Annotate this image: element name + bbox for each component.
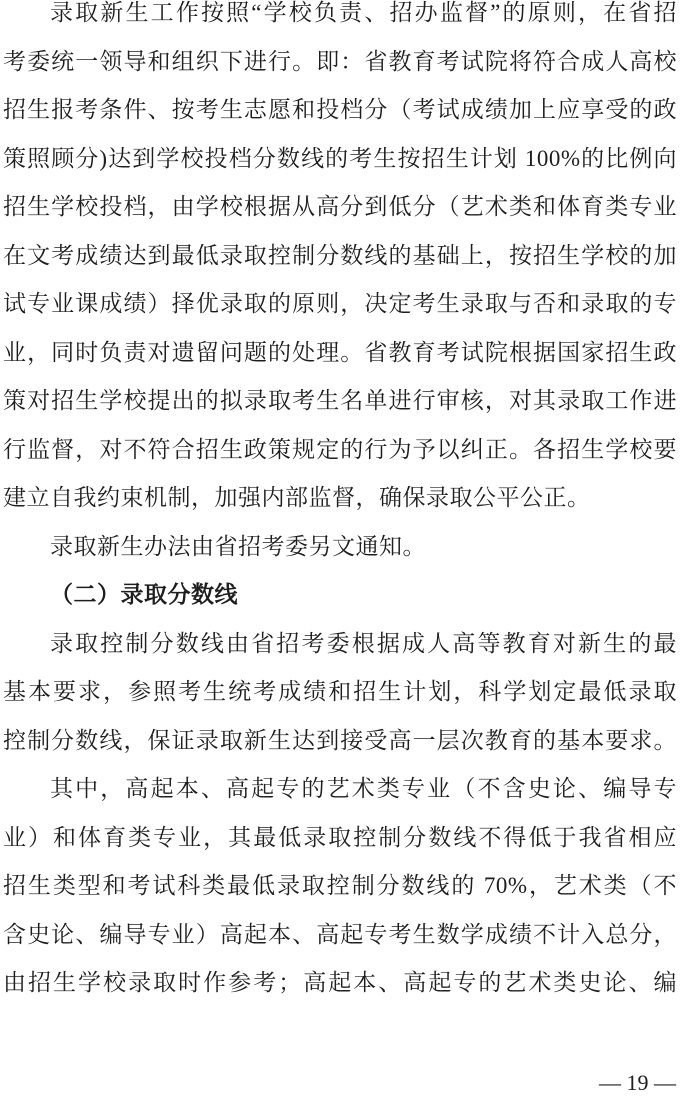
text-line: 策对招生学校提出的拟录取考生名单进行审核，对其录取工作进	[3, 377, 677, 426]
text-line: 建立自我约束机制，加强内部监督，确保录取公平公正。	[3, 474, 677, 523]
text-line: 试专业课成绩）择优录取的原则，决定考生录取与否和录取的专	[3, 280, 677, 329]
text-line: 行监督，对不符合招生政策规定的行为予以纠正。各招生学校要	[3, 426, 677, 475]
text-line: 由招生学校录取时作参考；高起本、高起专的艺术类史论、编	[3, 959, 677, 1008]
text-line: 含史论、编导专业）高起本、高起专考生数学成绩不计入总分，	[3, 911, 677, 960]
text-line: 基本要求，参照考生统考成绩和招生计划，科学划定最低录取	[3, 668, 677, 717]
text-line: 招生报考条件、按考生志愿和投档分（考试成绩加上应享受的政	[3, 86, 677, 135]
text-line: 录取控制分数线由省招考委根据成人高等教育对新生的最	[3, 620, 677, 669]
text-line: 其中，高起本、高起专的艺术类专业（不含史论、编导专	[3, 765, 677, 814]
text-line: 招生类型和考试科类最低录取控制分数线的 70%，艺术类（不	[3, 862, 677, 911]
text-line: 控制分数线，保证录取新生达到接受高一层次教育的基本要求。	[3, 717, 677, 766]
text-line: 策照顾分)达到学校投档分数线的考生按招生计划 100%的比例向	[3, 135, 677, 184]
body-text: 录取新生工作按照“学校负责、招办监督”的原则，在省招 考委统一领导和组织下进行。…	[3, 0, 677, 1008]
text-line: 业）和体育类专业，其最低录取控制分数线不得低于我省相应	[3, 814, 677, 863]
text-line: 招生学校投档，由学校根据从高分到低分（艺术类和体育类专业	[3, 183, 677, 232]
page-number: — 19 —	[599, 1068, 676, 1098]
text-line: 录取新生办法由省招考委另文通知。	[3, 523, 677, 572]
text-line: 录取新生工作按照“学校负责、招办监督”的原则，在省招	[3, 0, 677, 38]
document-page: 录取新生工作按照“学校负责、招办监督”的原则，在省招 考委统一领导和组织下进行。…	[0, 0, 680, 1106]
text-line: 业，同时负责对遗留问题的处理。省教育考试院根据国家招生政	[3, 329, 677, 378]
text-line: 考委统一领导和组织下进行。即：省教育考试院将符合成人高校	[3, 38, 677, 87]
text-line: 在文考成绩达到最低录取控制分数线的基础上，按招生学校的加	[3, 232, 677, 281]
section-heading: （二）录取分数线	[3, 571, 677, 620]
